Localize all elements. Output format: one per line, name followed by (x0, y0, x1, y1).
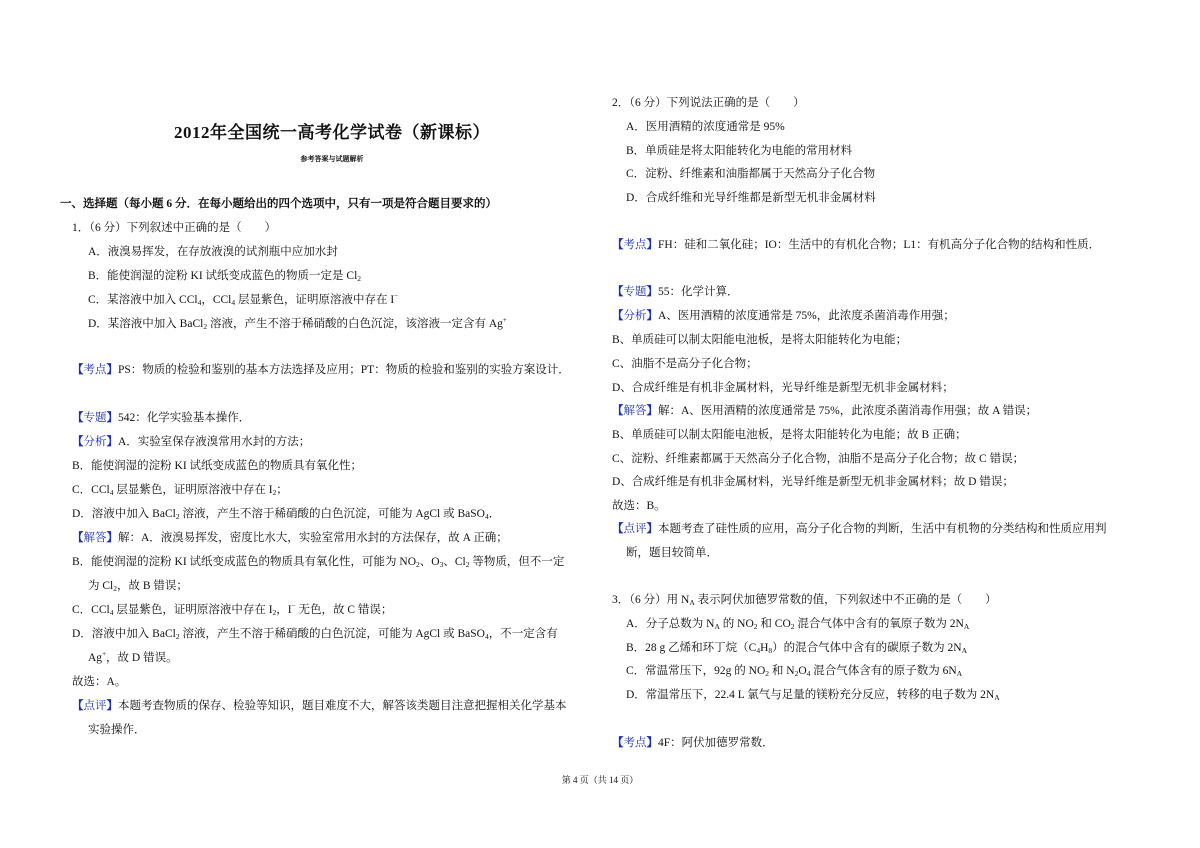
q1-option-d: D．某溶液中加入 BaCl2 溶液，产生不溶于稀硝酸的白色沉淀，该溶液一定含有 … (88, 316, 507, 332)
q1-option-c: C．某溶液中加入 CCl4，CCl4 层显紫色，证明原溶液中存在 I− (88, 292, 398, 308)
q1-jieda: 【解答】解：A．液溴易挥发，密度比水大，实验室常用水封的方法保存，故 A 正确； (72, 530, 508, 546)
q1-jieda-d2: Ag+，故 D 错误。 (88, 650, 178, 666)
q1-kaodian: 【考点】PS：物质的检验和鉴别的基本方法选择及应用；PT：物质的检验和鉴别的实验… (72, 362, 570, 378)
q2-option-c: C．淀粉、纤维素和油脂都属于天然高分子化合物 (626, 166, 875, 182)
q2-zhuanti: 【专题】55：化学计算． (612, 284, 739, 300)
document-subtitle: 参考答案与试题解析 (72, 154, 592, 164)
q1-jieda-b1: B．能使润湿的淀粉 KI 试纸变成蓝色的物质具有氧化性，可能为 NO2、O3、C… (72, 554, 564, 570)
q2-kaodian: 【考点】FH：硅和二氧化硅；IO：生活中的有机化合物；L1：有机高分子化合物的结… (612, 237, 1100, 253)
q3-option-b: B．28 g 乙烯和环丁烷（C4H8）的混合气体中含有的碳原子数为 2NA (626, 640, 967, 656)
q1-stem: 1．（6 分）下列叙述中正确的是（ ） (72, 220, 276, 236)
q2-jieda-d: D、合成纤维是有机非金属材料，光导纤维是新型无机非金属材料；故 D 错误； (612, 474, 1014, 490)
section-heading: 一、选择题（每小题 6 分．在每小题给出的四个选项中，只有一项是符合题目要求的） (60, 196, 497, 212)
q3-option-c: C．常温常压下，92g 的 NO2 和 N2O4 混合气体含有的原子数为 6NA (626, 663, 962, 679)
q2-option-d: D．合成纤维和光导纤维都是新型无机非金属材料 (626, 190, 876, 206)
q2-jieda: 【解答】解：A、医用酒精的浓度通常是 75%，此浓度杀菌消毒作用强；故 A 错误… (612, 403, 1037, 419)
document-title: 2012年全国统一高考化学试卷（新课标） (72, 118, 592, 143)
q2-fenxi-c: C、油脂不是高分子化合物； (612, 356, 758, 372)
q3-option-d: D．常温常压下，22.4 L 氯气与足量的镁粉充分反应，转移的电子数为 2NA (626, 687, 1000, 703)
q1-fenxi-d: D．溶液中加入 BaCl2 溶液，产生不溶于稀硝酸的白色沉淀，可能为 AgCl … (72, 506, 500, 522)
q3-stem: 3．（6 分）用 NA 表示阿伏加德罗常数的值，下列叙述中不正确的是（ ） (612, 592, 997, 608)
q1-zhuanti: 【专题】542：化学实验基本操作． (72, 410, 250, 426)
q2-option-a: A．医用酒精的浓度通常是 95% (626, 119, 785, 135)
q2-jieda-c: C、淀粉、纤维素都属于天然高分子化合物，油脂不是高分子化合物；故 C 错误； (612, 451, 1024, 467)
q1-fenxi-c: C．CCl4 层显紫色，证明原溶液中存在 I2； (72, 482, 288, 498)
page-footer: 第 4 页（共 14 页） (0, 773, 1200, 786)
q1-jieda-d1: D．溶液中加入 BaCl2 溶液，产生不溶于稀硝酸的白色沉淀，可能为 AgCl … (72, 626, 558, 642)
q2-fenxi-b: B、单质硅可以制太阳能电池板，是将太阳能转化为电能； (612, 332, 907, 348)
q1-jieda-c: C．CCl4 层显紫色，证明原溶液中存在 I2，I− 无色，故 C 错误； (72, 602, 392, 618)
q1-option-a: A．液溴易挥发，在存放液溴的试剂瓶中应加水封 (88, 244, 338, 260)
q2-fenxi-d: D、合成纤维是有机非金属材料，光导纤维是新型无机非金属材料； (612, 380, 954, 396)
q2-fenxi: 【分析】A、医用酒精的浓度通常是 75%，此浓度杀菌消毒作用强； (612, 308, 955, 324)
q2-dianping: 【点评】本题考查了硅性质的应用，高分子化合物的判断，生活中有机物的分类结构和性质… (612, 521, 1107, 537)
q1-dianping-cont: 实验操作． (88, 722, 146, 738)
q2-jieda-b: B、单质硅可以制太阳能电池板，是将太阳能转化为电能；故 B 正确； (612, 427, 967, 443)
q3-kaodian: 【考点】4F：阿伏加德罗常数． (612, 735, 774, 751)
q2-stem: 2．（6 分）下列说法正确的是（ ） (612, 95, 805, 111)
q1-choice: 故选：A。 (72, 674, 126, 690)
q1-dianping: 【点评】本题考查物质的保存、检验等知识，题目难度不大，解答该类题目注意把握相关化… (72, 698, 567, 714)
q1-option-b: B．能使润湿的淀粉 KI 试纸变成蓝色的物质一定是 Cl2 (88, 268, 361, 284)
q2-choice: 故选：B。 (612, 498, 666, 514)
q1-fenxi-b: B．能使润湿的淀粉 KI 试纸变成蓝色的物质具有氧化性； (72, 458, 362, 474)
q1-jieda-b2: 为 Cl2，故 B 错误； (88, 578, 188, 594)
q2-dianping-cont: 断，题目较简单． (626, 545, 718, 561)
q2-option-b: B．单质硅是将太阳能转化为电能的常用材料 (626, 143, 852, 159)
q3-option-a: A．分子总数为 NA 的 NO2 和 CO2 混合气体中含有的氧原子数为 2NA (626, 616, 969, 632)
q1-fenxi: 【分析】A．实验室保存液溴常用水封的方法； (72, 434, 310, 450)
